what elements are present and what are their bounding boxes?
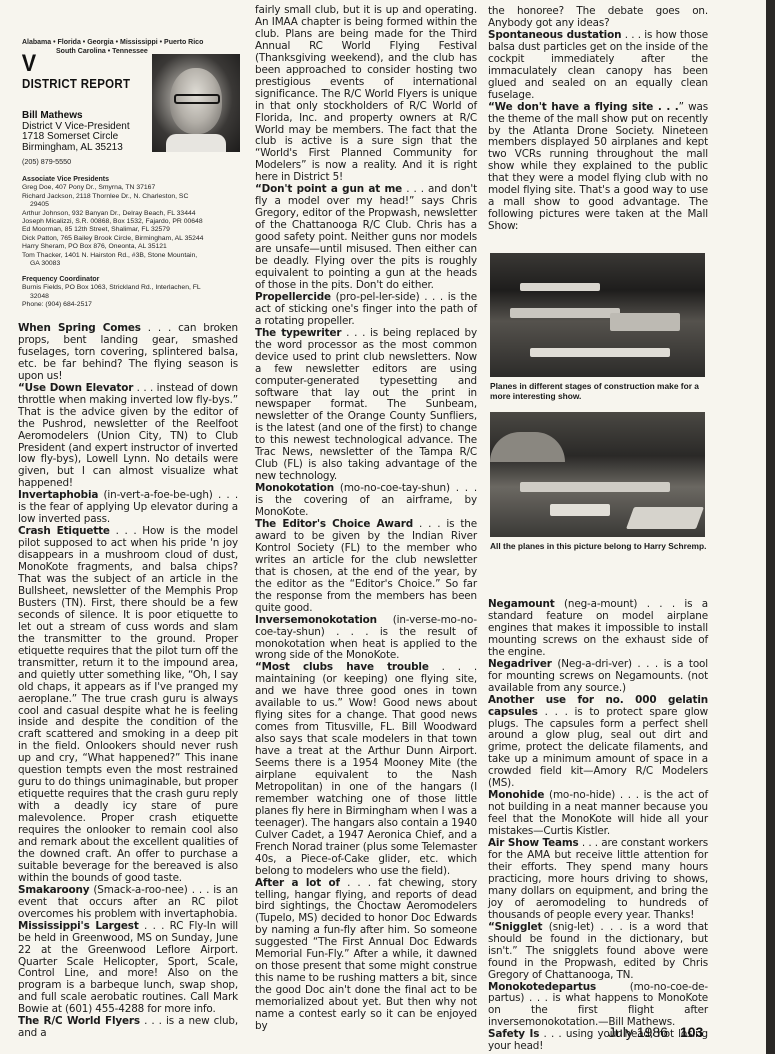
paragraph-lead: Air Show Teams <box>488 837 579 849</box>
paragraph: “Snigglet (snig-let) . . . is a word tha… <box>488 922 708 982</box>
vp-name: Bill Mathews <box>22 111 130 122</box>
associates-heading: Associate Vice Presidents <box>22 176 242 184</box>
paragraph: Negadriver (Neg-a-dri-ver) . . . is a to… <box>488 659 708 695</box>
associate-item: Joseph Micalizzi, S.R. 00868, Box 1532, … <box>22 218 242 226</box>
paragraph: the honoree? The debate goes on. Anybody… <box>488 6 708 30</box>
paragraph-lead: “We don't have a flying site . . . <box>488 101 679 113</box>
paragraph: The Editor's Choice Award . . . is the a… <box>255 519 477 615</box>
paragraph: Spontaneous dustation . . . is how those… <box>488 30 708 102</box>
issue-date: July 1986 <box>608 1024 668 1040</box>
model-fuselage <box>550 504 610 516</box>
states-line-1: Alabama • Florida • Georgia • Mississipp… <box>22 38 203 47</box>
frequency-line-1: Burnis Fields, PO Box 1063, Strickland R… <box>22 284 242 292</box>
vice-president-block: Bill Mathews District V Vice-President 1… <box>22 111 130 153</box>
model-wing <box>626 507 704 529</box>
associate-item: Ed Moorman, 85 12th Street, Shalimar, FL… <box>22 226 242 234</box>
paragraph: Air Show Teams . . . are constant worker… <box>488 838 708 922</box>
paragraph-lead: Inversemonokotation <box>255 614 377 626</box>
associate-item: 29405 <box>22 201 242 209</box>
frequency-line-2: 32048 <box>22 293 242 301</box>
district-numeral: V <box>22 50 36 78</box>
paragraph: fairly small club, but it is up and oper… <box>255 5 477 184</box>
paragraph-lead: The R/C World Flyers <box>18 1015 140 1027</box>
paragraph: Smakaroony (Smack-a-roo-nee) . . . is an… <box>18 885 238 921</box>
paragraph: Inversemonokotation (in-verse-mo-no-coe-… <box>255 615 477 663</box>
frequency-heading: Frequency Coordinator <box>22 276 242 284</box>
paragraph: “We don't have a flying site . . .” was … <box>488 102 708 233</box>
vice-president-photo <box>152 54 240 152</box>
model-fuselage <box>610 313 680 331</box>
paragraph-lead: The Editor's Choice Award <box>255 518 413 530</box>
paragraph-lead: Invertaphobia <box>18 489 98 501</box>
model-wing <box>520 283 600 291</box>
paragraph: After a lot of . . . fat chewing, story … <box>255 878 477 1033</box>
associate-item: Tom Thacker, 1401 N. Hairston Rd., #3B, … <box>22 252 242 260</box>
magazine-page: Alabama • Florida • Georgia • Mississipp… <box>0 0 766 1054</box>
paragraph: The typewriter . . . is being replaced b… <box>255 328 477 483</box>
paragraph: “Most clubs have trouble . . . maintaini… <box>255 662 477 877</box>
model-wing <box>520 482 670 492</box>
vp-address-1: 1718 Somerset Circle <box>22 132 130 143</box>
associate-item: Richard Jackson, 2118 Thornlee Dr., N. C… <box>22 193 242 201</box>
paragraph-lead: When Spring Comes <box>18 322 141 334</box>
paragraph-lead: Smakaroony <box>18 884 89 896</box>
paragraph: Monokotation (mo-no-coe-tay-shun) . . . … <box>255 483 477 519</box>
paragraph-lead: Monokotation <box>255 482 334 494</box>
article-column-3-continued: Negamount (neg-a-mount) . . . is a stand… <box>488 599 708 1053</box>
paragraph: The R/C World Flyers . . . is a new club… <box>18 1016 238 1040</box>
model-wing <box>490 432 565 462</box>
paragraph: Monohide (mo-no-hide) . . . is the act o… <box>488 790 708 838</box>
paragraph: Propellercide (pro-pel-ler-side) . . . i… <box>255 292 477 328</box>
model-wing <box>510 308 620 318</box>
vp-phone: (205) 879-5550 <box>22 157 71 166</box>
paragraph-lead: Monokotedepartus <box>488 981 596 993</box>
paragraph-lead: The typewriter <box>255 327 341 339</box>
article-column-1: When Spring Comes . . . can broken props… <box>18 323 238 1040</box>
paragraph-lead: Negadriver <box>488 658 552 670</box>
paragraph-lead: “Snigglet <box>488 921 542 933</box>
paragraph-lead: Monohide <box>488 789 544 801</box>
paragraph: Mississippi's Largest . . . RC Fly-In wi… <box>18 921 238 1017</box>
paragraph: Another use for no. 000 gelatin capsules… <box>488 695 708 791</box>
paragraph-lead: “Most clubs have trouble <box>255 661 429 673</box>
paragraph-lead: Negamount <box>488 598 555 610</box>
associate-item: Dick Patton, 765 Bailey Brook Circle, Bi… <box>22 235 242 243</box>
portrait-shirt <box>166 134 226 152</box>
article-column-2: fairly small club, but it is up and oper… <box>255 5 477 1033</box>
page-footer: July 1986103 <box>608 1024 703 1040</box>
frequency-coordinator: Frequency Coordinator Burnis Fields, PO … <box>22 276 242 310</box>
photo-caption-1: Planes in different stages of constructi… <box>490 381 708 402</box>
article-column-3: the honoree? The debate goes on. Anybody… <box>488 6 708 233</box>
paragraph: Negamount (neg-a-mount) . . . is a stand… <box>488 599 708 659</box>
paragraph-lead: Mississippi's Largest <box>18 920 139 932</box>
paragraph: When Spring Comes . . . can broken props… <box>18 323 238 383</box>
associate-vps: Associate Vice Presidents Greg Doe, 407 … <box>22 176 242 268</box>
paragraph: Invertaphobia (in-vert-a-foe-be-ugh) . .… <box>18 490 238 526</box>
paragraph-lead: “Use Down Elevator <box>18 382 133 394</box>
associate-item: GA 30083 <box>22 260 242 268</box>
associate-item: Arthur Johnson, 932 Banyan Dr., Delray B… <box>22 210 242 218</box>
paragraph-lead: “Don't point a gun at me <box>255 183 402 195</box>
paragraph: “Use Down Elevator . . . instead of down… <box>18 383 238 491</box>
model-wing <box>530 348 670 357</box>
page-title: DISTRICT REPORT <box>22 77 130 91</box>
paragraph-lead: Crash Etiquette <box>18 525 110 537</box>
vp-address-2: Birmingham, AL 35213 <box>22 143 130 154</box>
associate-item: Harry Sheram, PO Box 876, Oneonta, AL 35… <box>22 243 242 251</box>
frequency-phone: Phone: (904) 684-2517 <box>22 301 242 309</box>
paragraph: “Don't point a gun at me . . . and don't… <box>255 184 477 292</box>
page-number: 103 <box>680 1024 703 1040</box>
paragraph: Crash Etiquette . . . How is the model p… <box>18 526 238 885</box>
mall-show-photo-1 <box>490 253 705 377</box>
associate-item: Greg Doe, 407 Pony Dr., Smyrna, TN 37167 <box>22 184 242 192</box>
paragraph-lead: After a lot of <box>255 877 340 889</box>
paragraph-lead: Propellercide <box>255 291 331 303</box>
paragraph: Monokotedepartus (mo-no-coe-de-partus) .… <box>488 982 708 1030</box>
paragraph-lead: Spontaneous dustation <box>488 29 621 41</box>
portrait-glasses <box>174 94 220 104</box>
mall-show-photo-2 <box>490 412 705 537</box>
photo-caption-2: All the planes in this picture belong to… <box>490 541 708 551</box>
paragraph-lead: Safety Is <box>488 1028 539 1040</box>
